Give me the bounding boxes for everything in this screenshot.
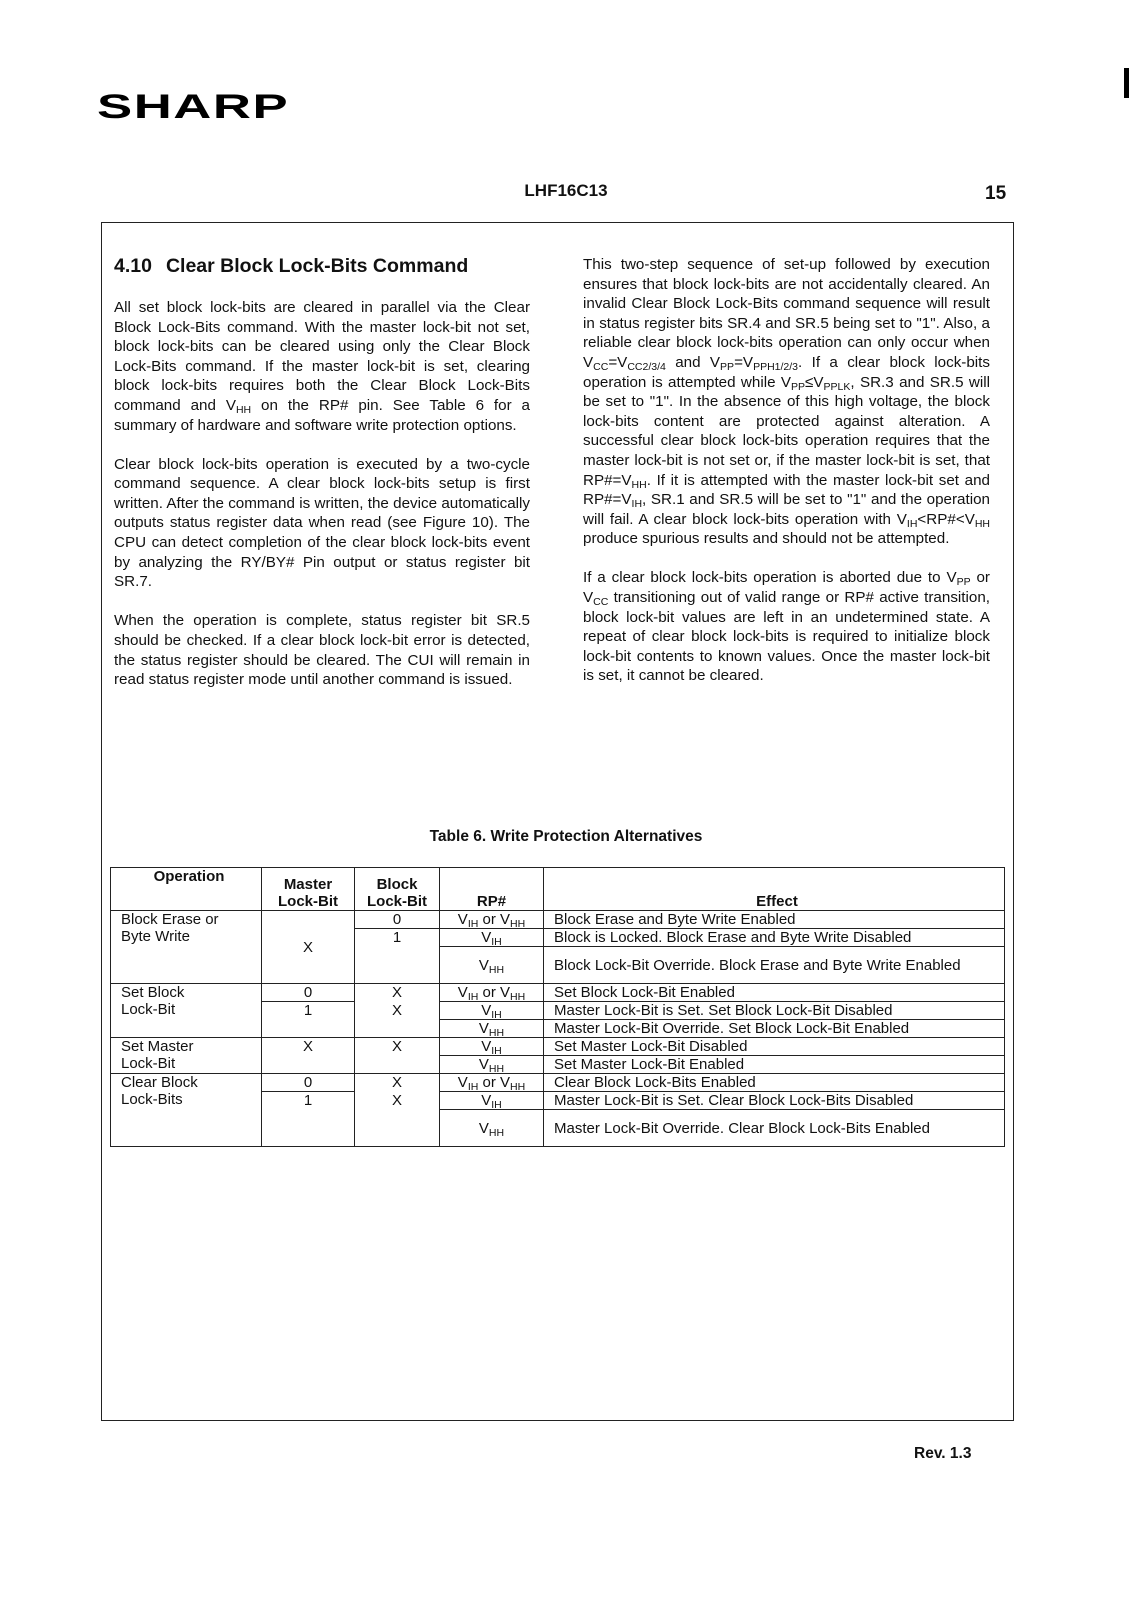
- cell-block: 0: [355, 911, 440, 929]
- cell-block: X: [355, 1092, 440, 1147]
- cell-master: X: [262, 1038, 355, 1074]
- document-title: LHF16C13: [0, 181, 1132, 201]
- cell-effect: Set Master Lock-Bit Enabled: [544, 1056, 1005, 1074]
- table-row: Block Erase orByte Write X 0 VIH or VHH …: [111, 911, 1005, 929]
- cell-effect: Set Master Lock-Bit Disabled: [544, 1038, 1005, 1056]
- cell-effect: Master Lock-Bit Override. Clear Block Lo…: [544, 1110, 1005, 1147]
- cell-effect: Clear Block Lock-Bits Enabled: [544, 1074, 1005, 1092]
- cell-effect: Block Lock-Bit Override. Block Erase and…: [544, 947, 1005, 984]
- cell-operation: Set BlockLock-Bit: [111, 984, 262, 1038]
- paragraph: When the operation is complete, status r…: [114, 611, 530, 689]
- cell-rp: VHH: [440, 1020, 544, 1038]
- cell-rp: VIH: [440, 929, 544, 947]
- section-title: Clear Block Lock-Bits Command: [166, 255, 468, 277]
- header-block-lock-bit: BlockLock-Bit: [355, 868, 440, 911]
- cell-operation: Set MasterLock-Bit: [111, 1038, 262, 1074]
- cell-block: 1: [355, 929, 440, 984]
- paragraph: Clear block lock-bits operation is execu…: [114, 455, 530, 592]
- cell-rp: VIH: [440, 1038, 544, 1056]
- section-number: 4.10: [114, 255, 152, 277]
- cell-rp: VHH: [440, 1056, 544, 1074]
- cell-effect: Master Lock-Bit is Set. Clear Block Lock…: [544, 1092, 1005, 1110]
- table-row: Clear BlockLock-Bits 0 X VIH or VHH Clea…: [111, 1074, 1005, 1092]
- paragraph: This two-step sequence of set-up followe…: [583, 255, 990, 549]
- cell-master: 1: [262, 1002, 355, 1038]
- section-heading: 4.10Clear Block Lock-Bits Command: [114, 255, 530, 277]
- cell-rp: VHH: [440, 1110, 544, 1147]
- cell-rp: VIH or VHH: [440, 1074, 544, 1092]
- header-rp: RP#: [440, 868, 544, 911]
- left-column: 4.10Clear Block Lock-Bits Command All se…: [114, 255, 530, 709]
- cell-master: 0: [262, 1074, 355, 1092]
- cell-effect: Block is Locked. Block Erase and Byte Wr…: [544, 929, 1005, 947]
- cell-block: X: [355, 1038, 440, 1074]
- cell-rp: VIH or VHH: [440, 911, 544, 929]
- cell-master: 0: [262, 984, 355, 1002]
- cell-effect: Master Lock-Bit Override. Set Block Lock…: [544, 1020, 1005, 1038]
- cell-effect: Block Erase and Byte Write Enabled: [544, 911, 1005, 929]
- cell-rp: VHH: [440, 947, 544, 984]
- sharp-logo: SHARP: [97, 88, 289, 127]
- table-header-row: Operation MasterLock-Bit BlockLock-Bit R…: [111, 868, 1005, 911]
- cell-effect: Set Block Lock-Bit Enabled: [544, 984, 1005, 1002]
- write-protection-table: Operation MasterLock-Bit BlockLock-Bit R…: [110, 867, 1005, 1147]
- right-column: This two-step sequence of set-up followe…: [583, 255, 990, 705]
- revision-label: Rev. 1.3: [914, 1445, 971, 1463]
- cell-operation: Block Erase orByte Write: [111, 911, 262, 984]
- table-row: Set BlockLock-Bit 0 X VIH or VHH Set Blo…: [111, 984, 1005, 1002]
- cell-master: X: [262, 911, 355, 984]
- cell-master: 1: [262, 1092, 355, 1147]
- cell-effect: Master Lock-Bit is Set. Set Block Lock-B…: [544, 1002, 1005, 1020]
- cell-block: X: [355, 1002, 440, 1038]
- cell-rp: VIH or VHH: [440, 984, 544, 1002]
- table-caption: Table 6. Write Protection Alternatives: [0, 828, 1132, 846]
- cell-rp: VIH: [440, 1092, 544, 1110]
- header-effect: Effect: [544, 868, 1005, 911]
- header-master-lock-bit: MasterLock-Bit: [262, 868, 355, 911]
- paragraph: All set block lock-bits are cleared in p…: [114, 298, 530, 435]
- table-row: Set MasterLock-Bit X X VIH Set Master Lo…: [111, 1038, 1005, 1056]
- cell-operation: Clear BlockLock-Bits: [111, 1074, 262, 1147]
- cell-rp: VIH: [440, 1002, 544, 1020]
- scan-artifact-mark: [1124, 68, 1129, 98]
- page-number: 15: [985, 183, 1006, 205]
- cell-block: X: [355, 984, 440, 1002]
- cell-block: X: [355, 1074, 440, 1092]
- header-operation: Operation: [111, 868, 262, 911]
- paragraph: If a clear block lock-bits operation is …: [583, 568, 990, 686]
